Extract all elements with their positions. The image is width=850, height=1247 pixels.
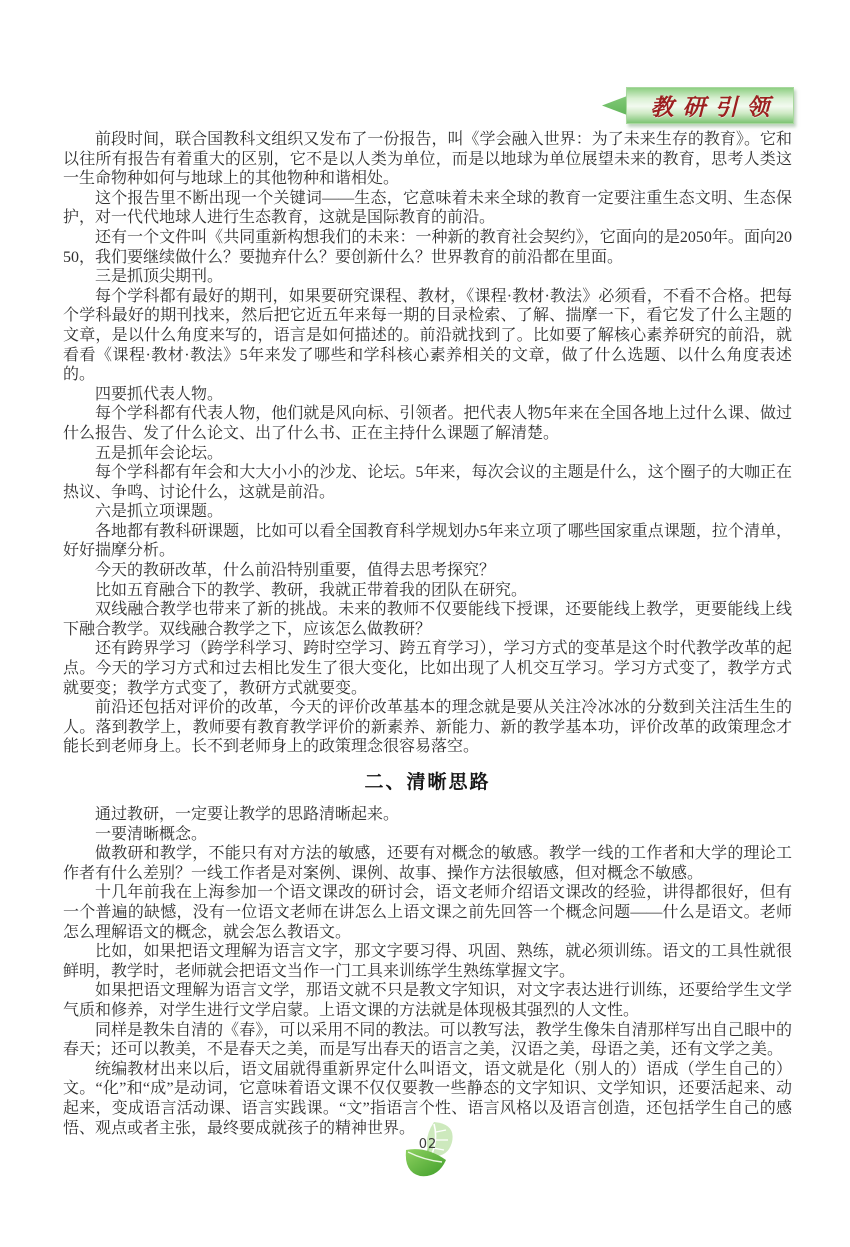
- article-content: 前段时间，联合国教科文组织又发布了一份报告，叫《学会融入世界：为了未来生存的教育…: [63, 130, 792, 1138]
- paragraph: 六是抓立项课题。: [63, 502, 792, 522]
- paragraph: 今天的教研改革，什么前沿特别重要，值得去思考探究？: [63, 561, 792, 581]
- paragraph: 做教研和教学，不能只有对方法的敏感，还要有对概念的敏感。教学一线的工作者和大学的…: [63, 844, 792, 883]
- paragraph: 四要抓代表人物。: [63, 385, 792, 405]
- page-number: 02: [398, 1137, 458, 1152]
- paragraph: 双线融合教学也带来了新的挑战。未来的教师不仅要能线下授课，还要能线上教学，更要能…: [63, 600, 792, 639]
- section-heading: 二、清晰思路: [63, 767, 792, 794]
- paragraph: 前段时间，联合国教科文组织又发布了一份报告，叫《学会融入世界：为了未来生存的教育…: [63, 130, 792, 189]
- paragraph: 通过教研，一定要让教学的思路清晰起来。: [63, 805, 792, 825]
- paragraph: 这个报告里不断出现一个关键词——生态，它意味着未来全球的教育一定要注重生态文明、…: [63, 189, 792, 228]
- paragraph: 同样是教朱自清的《春》，可以采用不同的教法。可以教写法，教学生像朱自清那样写出自…: [63, 1021, 792, 1060]
- paragraph: 如果把语文理解为语言文学，那语文就不只是教文字知识，对文字表达进行训练，还要给学…: [63, 981, 792, 1020]
- paragraph: 每个学科都有代表人物，他们就是风向标、引领者。把代表人物5年来在全国各地上过什么…: [63, 404, 792, 443]
- paragraph: 前沿还包括对评价的改革，今天的评价改革基本的理念就是要从关注冷冰冰的分数到关注活…: [63, 698, 792, 757]
- paragraph: 每个学科都有年会和大大小小的沙龙、论坛。5年来，每次会议的主题是什么，这个圈子的…: [63, 463, 792, 502]
- page-footer: 02: [398, 1120, 464, 1182]
- paragraph: 还有跨界学习（跨学科学习、跨时空学习、跨五育学习），学习方式的变革是这个时代教学…: [63, 639, 792, 698]
- badge-label: 教研引领: [642, 89, 779, 122]
- ribbon-body: 教研引领: [626, 87, 794, 124]
- document-page: 教研引领 前段时间，联合国教科文组织又发布了一份报告，叫《学会融入世界：为了未来…: [0, 0, 850, 1247]
- paragraph: 比如，如果把语文理解为语言文字，那文字要习得、巩固、熟练，就必须训练。语文的工具…: [63, 942, 792, 981]
- paragraph: 比如五育融合下的教学、教研，我就正带着我的团队在研究。: [63, 581, 792, 601]
- paragraph: 十几年前我在上海参加一个语文课改的研讨会，语文老师介绍语文课改的经验，讲得都很好…: [63, 883, 792, 942]
- paragraph: 还有一个文件叫《共同重新构想我们的未来：一种新的教育社会契约》，它面向的是205…: [63, 228, 792, 267]
- paragraph: 五是抓年会论坛。: [63, 444, 792, 464]
- paragraph: 三是抓顶尖期刊。: [63, 267, 792, 287]
- paragraph: 各地都有教科研课题，比如可以看全国教育科学规划办5年来立项了哪些国家重点课题，拉…: [63, 522, 792, 561]
- paragraph: 一要清晰概念。: [63, 825, 792, 845]
- paragraph: 每个学科都有最好的期刊，如果要研究课程、教材，《课程·教材·教法》必须看，不看不…: [63, 287, 792, 385]
- section-badge: 教研引领: [602, 87, 794, 124]
